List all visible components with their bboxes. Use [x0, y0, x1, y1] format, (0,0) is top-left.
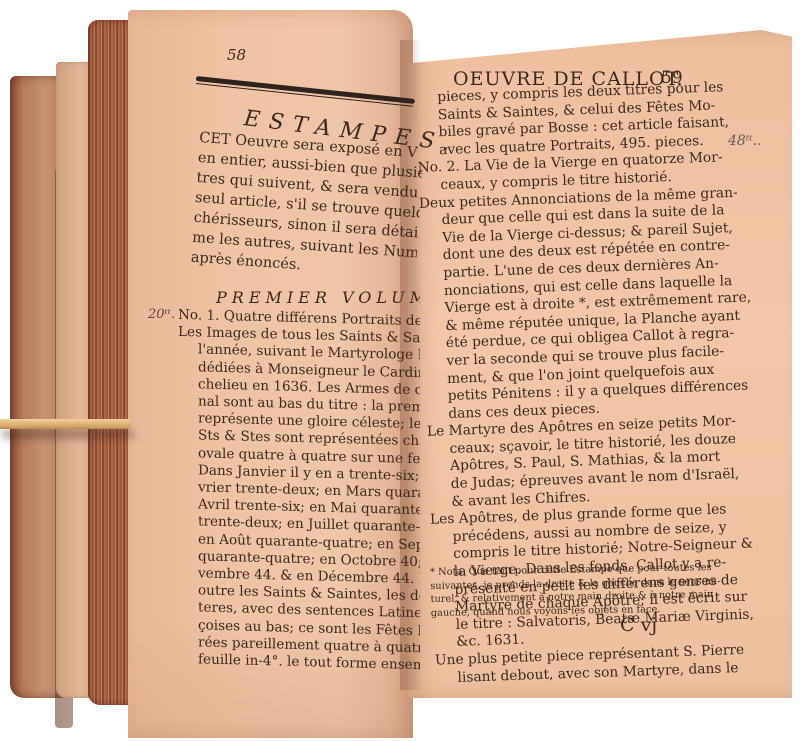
- entry-list-left: No. 1. Quatre différens Portraits de Ca …: [178, 307, 420, 675]
- handwritten-price-right: 48ᵗᵗ..: [728, 133, 762, 149]
- wooden-stick: [0, 419, 132, 429]
- footnote: * Nota. Que tant pour cette Estampe que …: [430, 561, 731, 620]
- book-photo: 58 ESTAMPES. CET Oeuvre sera exposé en V…: [0, 0, 800, 741]
- signature-mark: C vj: [620, 614, 657, 636]
- handwritten-price-left: 20ᵗᵗ.: [148, 307, 175, 322]
- left-page-number: 58: [227, 46, 246, 64]
- intro-paragraph: CET Oeuvre sera exposé en V en entier, a…: [190, 128, 424, 283]
- volume-title: PREMIER VOLUME: [216, 288, 420, 307]
